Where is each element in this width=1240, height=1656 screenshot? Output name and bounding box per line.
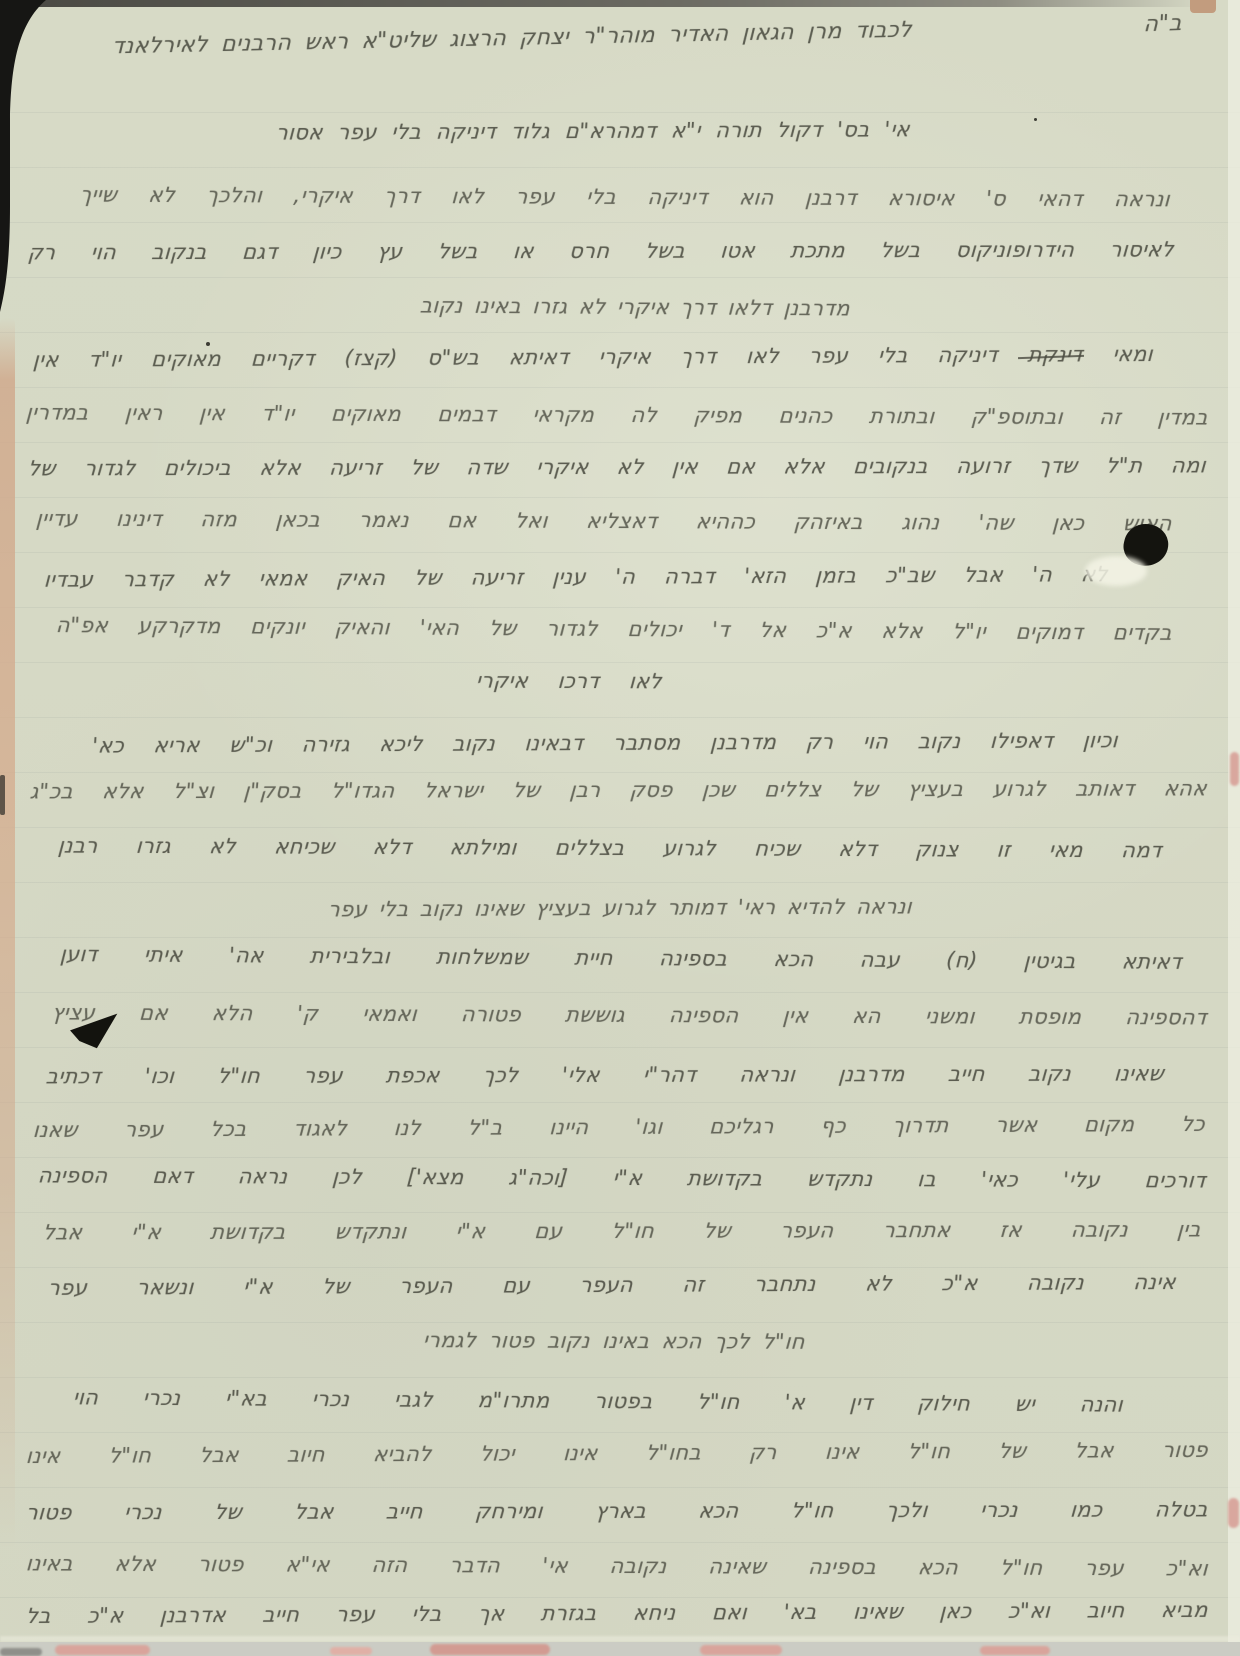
- manuscript-line: ונראה להדיא ראי' דמותר לגרוע בעציץ שאינו…: [327, 891, 913, 924]
- manuscript-line: לאיסור הידרופוניקוס בשל מתכת אטו בשל חרס…: [27, 234, 1176, 267]
- scan-top-edge: [28, 0, 1208, 7]
- manuscript-line: בטלה כמו נכרי ולכך חו"ל הכא בארץ ומירחק …: [25, 1494, 1210, 1527]
- ink-speck: [206, 342, 210, 346]
- dedication-line: לכבוד מרן הגאון האדיר מוהר"ר יצחק הרצוג …: [111, 16, 912, 63]
- manuscript-line: ומה ת"ל שדך זרועה בנקובים אלא אם אין לא …: [27, 450, 1208, 483]
- manuscript-line: דמה מאי זו צנוק דלא שכיח לגרוע בצללים ומ…: [57, 831, 1163, 866]
- manuscript-line: דורכים עלי' כאי' בו נתקדש בקדושת א"י [וכ…: [37, 1160, 1207, 1195]
- scan-corner-black: [0, 0, 60, 320]
- scan-left-dash: [0, 775, 5, 815]
- manuscript-line: אהא דאותב לגרוע בעציץ של צללים שכן פסק ר…: [29, 773, 1209, 806]
- pink-stain: [600, 1646, 672, 1655]
- manuscript-line: דאיתא בגיטין (ח) עבה הכא בספינה חיית שמש…: [59, 939, 1183, 977]
- manuscript-line: וא"כ עפר חו"ל הכא בספינה שאינה נקובה אי'…: [25, 1548, 1209, 1583]
- manuscript-line: במדין זה ובתוספ"ק ובתורת כהנים מפיק לה מ…: [25, 397, 1209, 432]
- manuscript-line: בין נקובה אז אתחבר העפר של חו"ל עם א"י ו…: [42, 1214, 1203, 1247]
- manuscript-page: ב"ה לכבוד מרן הגאון האדיר מוהר"ר יצחק הר…: [0, 0, 1240, 1656]
- pink-stain: [1228, 1498, 1239, 1528]
- manuscript-line: שאינו נקוב חייב מדרבנן ונראה דהר"י אלי' …: [45, 1059, 1166, 1092]
- manuscript-line: לא ה' אבל שב"כ בזמן הזא' דברה ה' ענין זר…: [43, 559, 1109, 595]
- manuscript-line: בקדים דמוקים יו"ל אלא א"כ אל ד' יכולים ל…: [55, 610, 1173, 648]
- pink-stain: [430, 1644, 550, 1655]
- pink-stain: [1230, 752, 1239, 786]
- manuscript-line: לאו דרכו איקרי: [475, 666, 663, 697]
- pink-stain: [55, 1645, 150, 1655]
- manuscript-line: אינה נקובה א"כ לא נתחבר זה העפר עם העפר …: [47, 1267, 1177, 1303]
- manuscript-line: ונראה דהאי ס' איסורא דרבנן הוא דיניקה בל…: [79, 180, 1171, 215]
- bh-mark: ב"ה: [1125, 9, 1183, 41]
- manuscript-line: חו"ל לכך הכא באינו נקוב פטור לגמרי: [422, 1325, 806, 1357]
- white-smudge: [1085, 556, 1147, 586]
- manuscript-line: והנה יש חילוק דין א' חו"ל בפטור מתרו"מ ל…: [72, 1382, 1124, 1419]
- pink-stain: [330, 1647, 372, 1655]
- manuscript-line: דהספינה מופסת ומשני הא אין הספינה גוששת …: [51, 997, 1208, 1032]
- pink-stain: [980, 1646, 1050, 1655]
- ink-speck: [1034, 118, 1037, 121]
- manuscript-line: פטור אבל של חו"ל אינו רק בחו"ל אינו יכול…: [25, 1435, 1209, 1471]
- scan-corner-tan: [1190, 0, 1216, 13]
- manuscript-line: מביא חיוב וא"כ כאן שאינו בא' ואם ניחא בג…: [25, 1595, 1209, 1631]
- scan-left-tan-strip: [0, 318, 15, 1548]
- arrow-ink-blot: [70, 1012, 122, 1060]
- scan-right-edge: [1228, 0, 1240, 1656]
- manuscript-line: האיש כאן שה' נהוג באיזהק כההיא דאצליא וא…: [35, 504, 1173, 539]
- manuscript-line: ומאי דינקת דיניקה בלי עפר לאו דרך איקרי …: [32, 339, 1154, 375]
- manuscript-line: מדרבנן דלאו דרך איקרי לא גזרו באינו נקוב: [419, 291, 851, 324]
- pink-stain: [700, 1645, 782, 1655]
- gray-stain: [0, 1648, 42, 1656]
- manuscript-line: אי' בס' דקול תורה י"א דמהרא"ם גלוד דיניק…: [275, 114, 911, 147]
- manuscript-line: וכיון דאפילו נקוב הוי רק מדרבנן מסתבר דב…: [91, 725, 1119, 760]
- manuscript-line: כל מקום אשר תדרוך כף רגליכם וגו' היינו ב…: [32, 1109, 1206, 1145]
